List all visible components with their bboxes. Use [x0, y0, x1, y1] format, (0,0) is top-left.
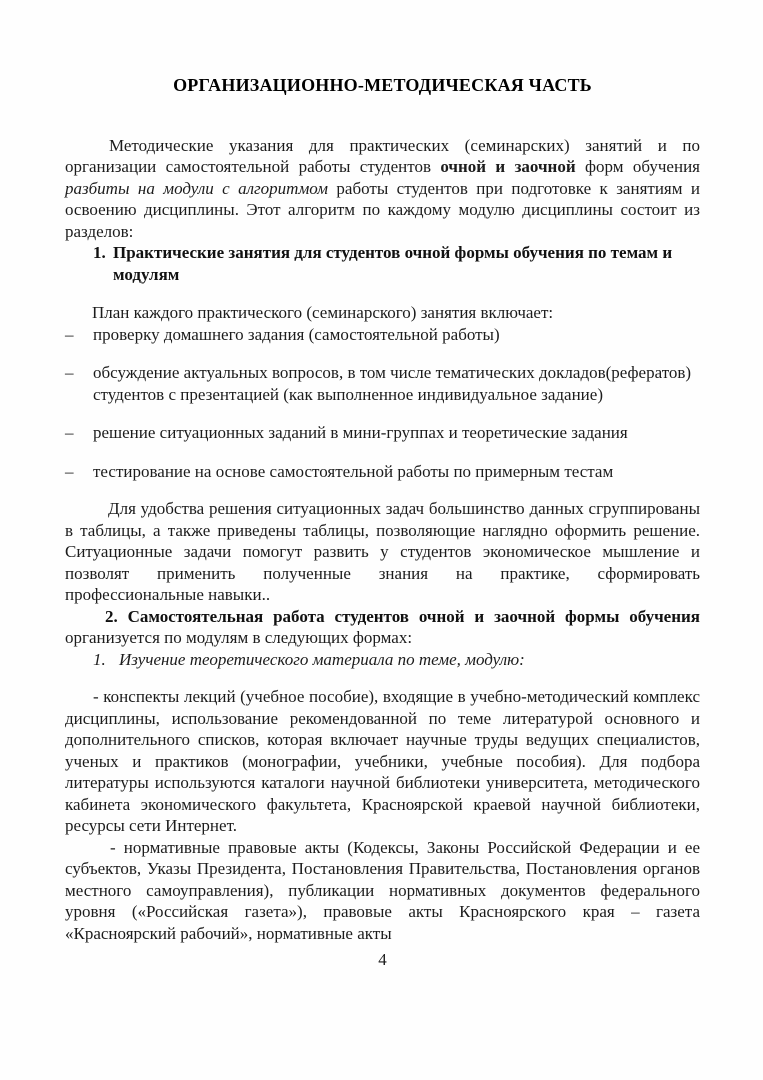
- bullet-item: – обсуждение актуальных вопросов, в том …: [65, 362, 700, 405]
- page-number: 4: [65, 949, 700, 971]
- section1-heading: 1. Практические занятия для студентов оч…: [65, 242, 700, 285]
- bullet-item: – решение ситуационных заданий в мини-гр…: [65, 422, 700, 444]
- bullet-text: проверку домашнего задания (самостоятель…: [93, 325, 500, 344]
- bullet-text: решение ситуационных заданий в мини-груп…: [93, 423, 628, 442]
- section2-heading-rest: организуется по модулям в следующих форм…: [65, 628, 412, 647]
- legal-acts-paragraph: - нормативные правовые акты (Кодексы, За…: [65, 837, 700, 945]
- bullet-dash-icon: –: [65, 362, 74, 384]
- bullet-text: обсуждение актуальных вопросов, в том чи…: [93, 363, 691, 404]
- section2-heading-bold: 2. Самостоятельная работа студентов очно…: [105, 607, 700, 626]
- bullet-dash-icon: –: [65, 422, 74, 444]
- section1-number: 1.: [93, 242, 113, 285]
- section2-subitem: 1. Изучение теоретического материала по …: [65, 649, 700, 671]
- intro-paragraph: Методические указания для практических (…: [65, 135, 700, 243]
- bullet-item: – тестирование на основе самостоятельной…: [65, 461, 700, 483]
- intro-italic-modules: разбиты на модули с алгоритмом: [65, 179, 328, 198]
- intro-text-2: форм обучения: [576, 157, 700, 176]
- bullet-dash-icon: –: [65, 324, 74, 346]
- subitem-number: 1.: [93, 649, 119, 671]
- bullet-text: тестирование на основе самостоятельной р…: [93, 462, 613, 481]
- plan-intro-line: План каждого практического (семинарского…: [65, 302, 700, 324]
- lecture-notes-paragraph: - конспекты лекций (учебное пособие), вх…: [65, 686, 700, 837]
- bullet-item: – проверку домашнего задания (самостояте…: [65, 324, 700, 346]
- section2-heading: 2. Самостоятельная работа студентов очно…: [65, 606, 700, 649]
- bullet-dash-icon: –: [65, 461, 74, 483]
- practice-bullet-list: – проверку домашнего задания (самостояте…: [65, 324, 700, 483]
- intro-bold-forms: очной и заочной: [440, 157, 575, 176]
- subitem-text: Изучение теоретического материала по тем…: [119, 649, 700, 671]
- situational-tasks-paragraph: Для удобства решения ситуационных задач …: [65, 498, 700, 606]
- page-title: ОРГАНИЗАЦИОННО-МЕТОДИЧЕСКАЯ ЧАСТЬ: [65, 75, 700, 97]
- document-page: ОРГАНИЗАЦИОННО-МЕТОДИЧЕСКАЯ ЧАСТЬ Методи…: [0, 0, 763, 1080]
- section1-title: Практические занятия для студентов очной…: [113, 242, 692, 285]
